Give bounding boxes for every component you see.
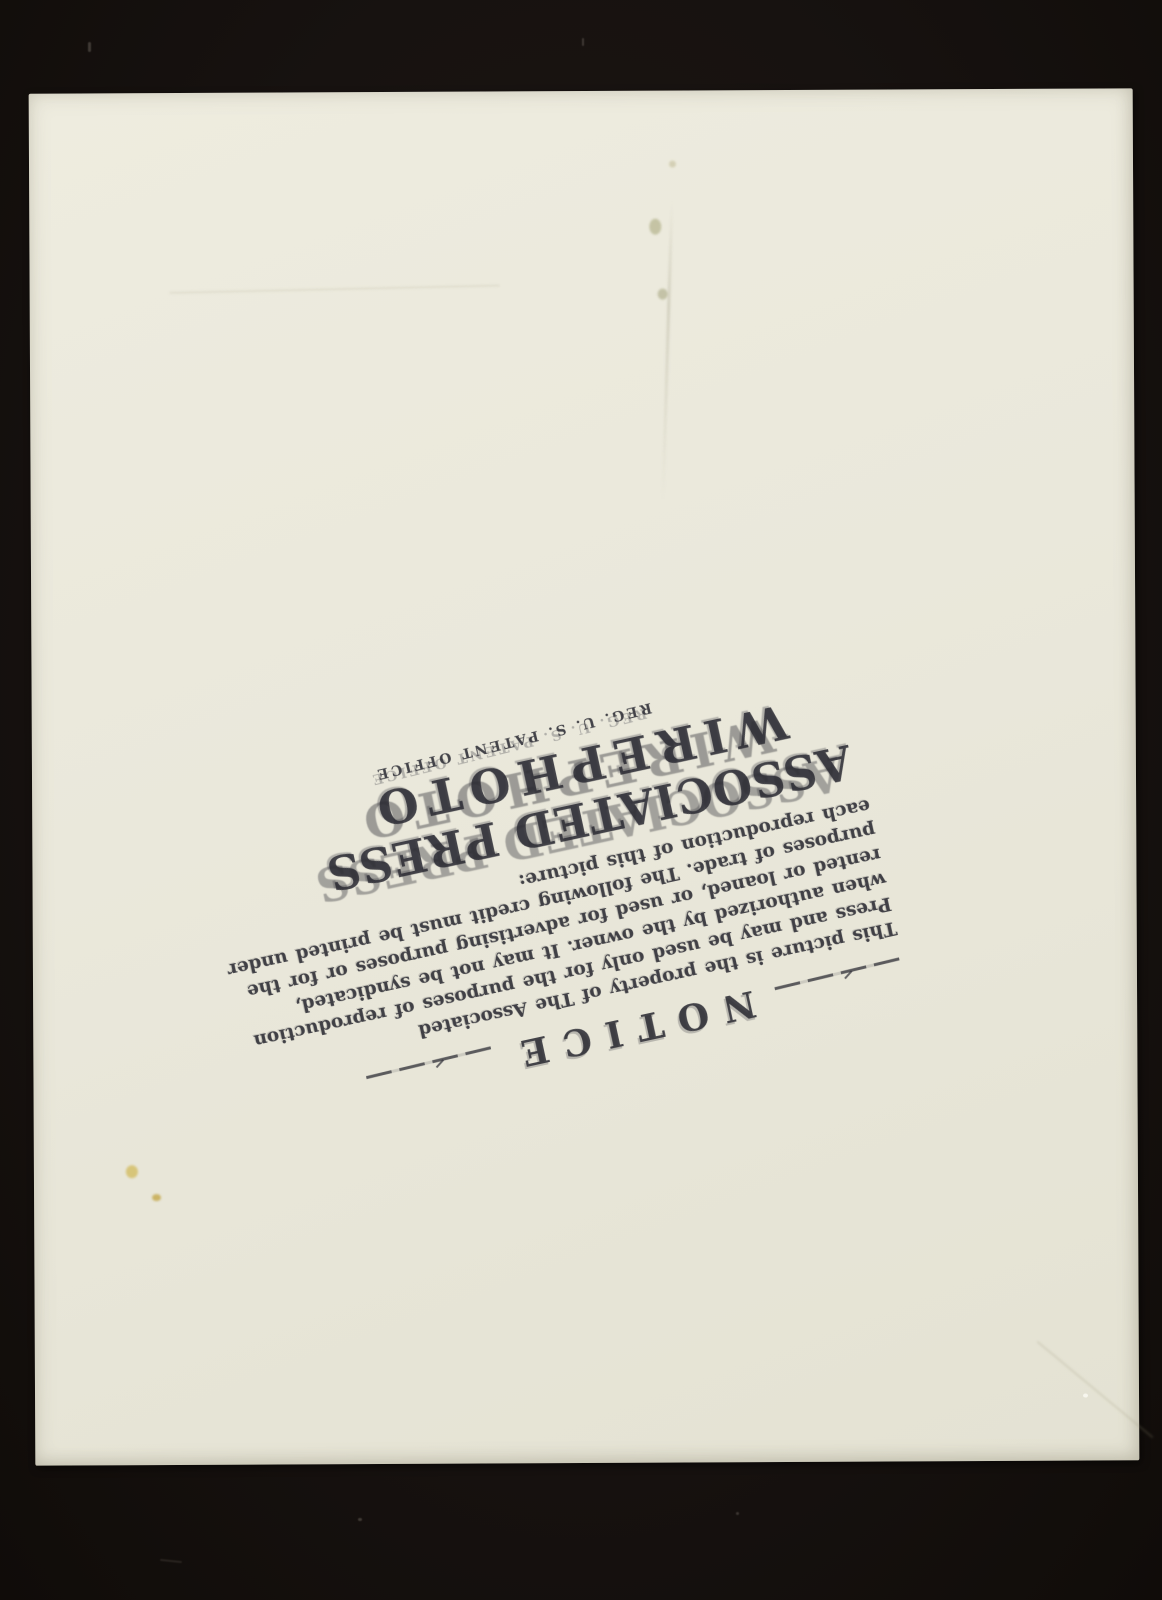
paper-stain — [126, 1165, 138, 1178]
paper-stain — [649, 219, 661, 235]
paper-nick — [1083, 1394, 1088, 1398]
paper-stain — [658, 289, 668, 300]
backdrop-scratch — [358, 1518, 362, 1521]
backdrop-scratch — [582, 38, 584, 46]
paper-crease — [1037, 1341, 1154, 1438]
photo-paper-back: NOTICE This picture is the property of T… — [29, 88, 1140, 1465]
paper-crease — [661, 201, 673, 501]
backdrop-scratch — [160, 1559, 182, 1563]
photo-backdrop: NOTICE This picture is the property of T… — [0, 0, 1162, 1600]
paper-stain — [152, 1194, 161, 1201]
paper-crease — [170, 285, 500, 294]
backdrop-scratch — [736, 1512, 739, 1515]
backdrop-scratch — [88, 42, 91, 52]
paper-stain — [669, 161, 676, 168]
ap-wirephoto-stamp: NOTICE This picture is the property of T… — [291, 659, 916, 1110]
